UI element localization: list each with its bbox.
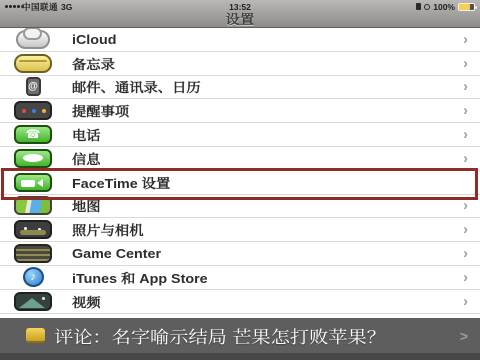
settings-row-label: 备忘录 — [72, 54, 115, 73]
iphone-settings-screenshot: 中国联通 3G 13:52 100% 设置 iCloud › 备忘录 › 邮件、… — [0, 0, 480, 360]
settings-list: iCloud › 备忘录 › 邮件、通讯录、日历 › 提醒事项 › 电话 › 信… — [0, 28, 480, 360]
chevron-right-icon: › — [463, 198, 468, 213]
comment-text: 评论：名字喻示结局 芒果怎打败苹果？ — [54, 323, 386, 348]
settings-row-label: FaceTime 设置 — [72, 173, 170, 192]
alarm-icon — [424, 4, 430, 10]
chevron-right-icon: › — [463, 32, 468, 47]
itunes-icon — [23, 267, 44, 287]
settings-row[interactable]: 电话 › — [0, 123, 480, 147]
comment-bar[interactable]: 评论：名字喻示结局 芒果怎打败苹果？ > — [0, 318, 480, 353]
notes-icon — [14, 54, 52, 73]
chevron-right-icon: > — [460, 328, 468, 344]
settings-row-label: 信息 — [72, 149, 101, 168]
settings-row[interactable]: Game Center › — [0, 242, 480, 266]
chevron-right-icon: › — [463, 56, 468, 71]
chevron-right-icon: › — [463, 103, 468, 118]
videos-icon — [14, 292, 52, 311]
settings-row[interactable]: 视频 › — [0, 290, 480, 314]
settings-row[interactable]: FaceTime 设置 › — [0, 171, 480, 195]
settings-row[interactable]: iCloud › — [0, 28, 480, 52]
settings-row-label: iTunes 和 App Store — [72, 268, 208, 287]
settings-row-label: 视频 — [72, 292, 101, 311]
settings-row-label: 电话 — [72, 125, 101, 144]
facetime-icon — [14, 173, 52, 192]
settings-row[interactable]: iTunes 和 App Store › — [0, 266, 480, 290]
chevron-right-icon: › — [463, 79, 468, 94]
page-title: 设置 — [0, 12, 480, 27]
chevron-right-icon: › — [463, 294, 468, 309]
bottom-strip — [0, 353, 480, 360]
network-type-label: 3G — [61, 2, 72, 12]
settings-row[interactable]: 邮件、通讯录、日历 › — [0, 76, 480, 100]
battery-icon — [458, 3, 475, 11]
carrier-label: 中国联通 — [22, 1, 58, 13]
messages-icon — [14, 149, 52, 168]
gamecenter-icon — [14, 244, 52, 263]
maps-icon — [14, 196, 52, 215]
settings-row-label: iCloud — [72, 32, 116, 47]
comment-medal-icon — [26, 328, 45, 343]
chevron-right-icon: › — [463, 270, 468, 285]
settings-row[interactable]: 地图 › — [0, 195, 480, 219]
chevron-right-icon: › — [463, 246, 468, 261]
phone-icon — [14, 125, 52, 144]
chevron-right-icon: › — [463, 151, 468, 166]
settings-row-label: 邮件、通讯录、日历 — [72, 77, 201, 96]
settings-row-label: 地图 — [72, 196, 101, 215]
photos-icon — [14, 220, 52, 239]
settings-row[interactable]: 信息 › — [0, 147, 480, 171]
chevron-right-icon: › — [463, 127, 468, 142]
settings-row[interactable]: 提醒事项 › — [0, 99, 480, 123]
settings-row-label: 照片与相机 — [72, 220, 144, 239]
signal-strength-icon — [5, 5, 8, 8]
settings-row-label: Game Center — [72, 246, 161, 261]
settings-row-label: 提醒事项 — [72, 101, 129, 120]
mail-icon — [26, 77, 41, 96]
settings-row[interactable]: 备忘录 › — [0, 52, 480, 76]
reminders-icon — [14, 101, 52, 120]
battery-percent-label: 100% — [433, 2, 455, 12]
settings-row[interactable]: 照片与相机 › — [0, 218, 480, 242]
bluetooth-icon — [416, 3, 421, 10]
chevron-right-icon: › — [463, 222, 468, 237]
icloud-icon — [16, 30, 50, 49]
status-nav-bar: 中国联通 3G 13:52 100% 设置 — [0, 0, 480, 28]
status-bar: 中国联通 3G 13:52 100% — [0, 0, 480, 12]
